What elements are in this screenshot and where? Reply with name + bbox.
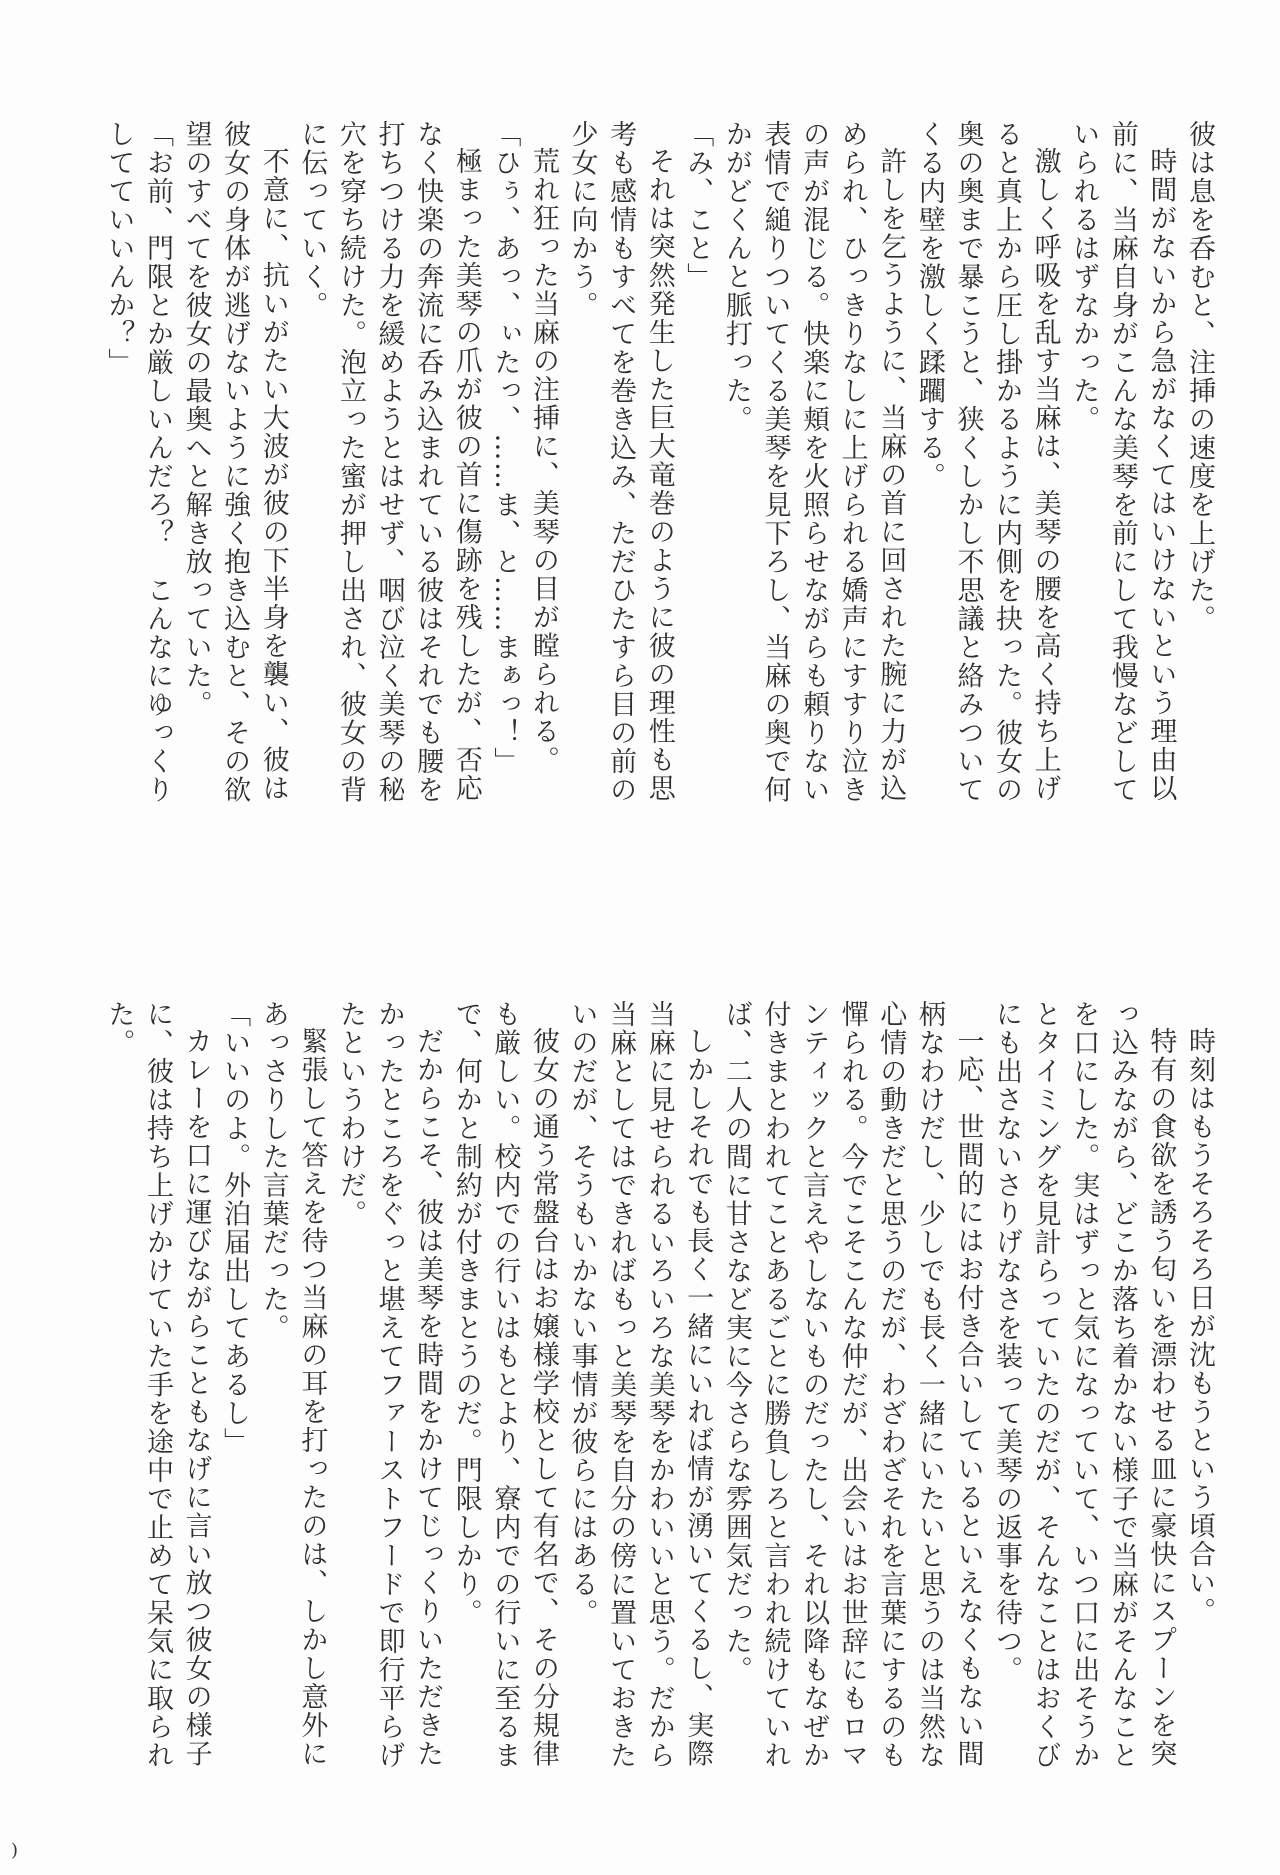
paragraph: 緊張して答えを待つ当麻の耳を打ったのは、しかし意外にあっさりした言葉だった。 xyxy=(253,1000,330,1790)
paragraph: それは突然発生した巨大竜巻のように彼の理性も思考も感情もすべてを巻き込み、ただひ… xyxy=(562,120,678,820)
paragraph: 荒れ狂った当麻の注挿に、美琴の目が瞠られる。 xyxy=(523,120,562,820)
paragraph: 極まった美琴の爪が彼の首に傷跡を残したが、否応なく快楽の奔流に呑み込まれている彼… xyxy=(292,120,485,820)
text-block-top: 彼は息を呑むと、注挿の速度を上げた。 時間がないから急がなくてはいけないという理… xyxy=(88,120,1218,820)
paragraph: 激しく呼吸を乱す当麻は、美琴の腰を高く持ち上げると真上から圧し掛かるように内側を… xyxy=(909,120,1063,820)
dialogue-line: 「いいのよ。外泊届出してあるし」 xyxy=(215,1000,254,1790)
paragraph: しかしそれでも長く一緒にいれば情が湧いてくるし、実際当麻に見せられるいろいろな美… xyxy=(562,1000,716,1790)
document-page: 彼は息を呑むと、注挿の速度を上げた。 時間がないから急がなくてはいけないという理… xyxy=(0,0,1280,1875)
paragraph: カレーを口に運びながらこともなげに言い放つ彼女の様子に、彼は持ち上げかけていた手… xyxy=(99,1000,215,1790)
paragraph: 特有の食欲を誘う匂いを漂わせる皿に豪快にスプーンを突っ込みながら、どこか落ち着か… xyxy=(986,1000,1179,1790)
paragraph: 許しを乞うように、当麻の首に回された腕に力が込められ、ひっきりなしに上げられる嬌… xyxy=(716,120,909,820)
page-edge-mark: ) xyxy=(11,1840,18,1861)
paragraph: 彼は息を呑むと、注挿の速度を上げた。 xyxy=(1179,120,1218,820)
dialogue-line: 「お前、門限とか厳しいんだろ？ こんなにゆっくりしてていいんか？」 xyxy=(99,120,176,820)
paragraph: 時刻はもうそろそろ日が沈もうという頃合い。 xyxy=(1179,1000,1218,1790)
dialogue-line: 「ひぅ、あっ、ぃたっ、……ま、と……まぁっ！」 xyxy=(485,120,524,820)
paragraph: 時間がないから急がなくてはいけないという理由以前に、当麻自身がこんな美琴を前にし… xyxy=(1064,120,1180,820)
dialogue-line: 「み、こと」 xyxy=(678,120,717,820)
text-block-bottom: 時刻はもうそろそろ日が沈もうという頃合い。 特有の食欲を誘う匂いを漂わせる皿に豪… xyxy=(88,1000,1218,1790)
paragraph: 一応、世間的にはお付き合いしているといえなくもない間柄なわけだし、少しでも長く一… xyxy=(716,1000,986,1790)
paragraph: 不意に、抗いがたい大波が彼の下半身を襲い、彼は彼女の身体が逃げないように強く抱き… xyxy=(176,120,292,820)
paragraph: 彼女の通う常盤台はお嬢様学校として有名で、その分規律も厳しい。校内での行いはもと… xyxy=(446,1000,562,1790)
paragraph: だからこそ、彼は美琴を時間をかけてじっくりいただきたかったところをぐっと堪えてフ… xyxy=(330,1000,446,1790)
